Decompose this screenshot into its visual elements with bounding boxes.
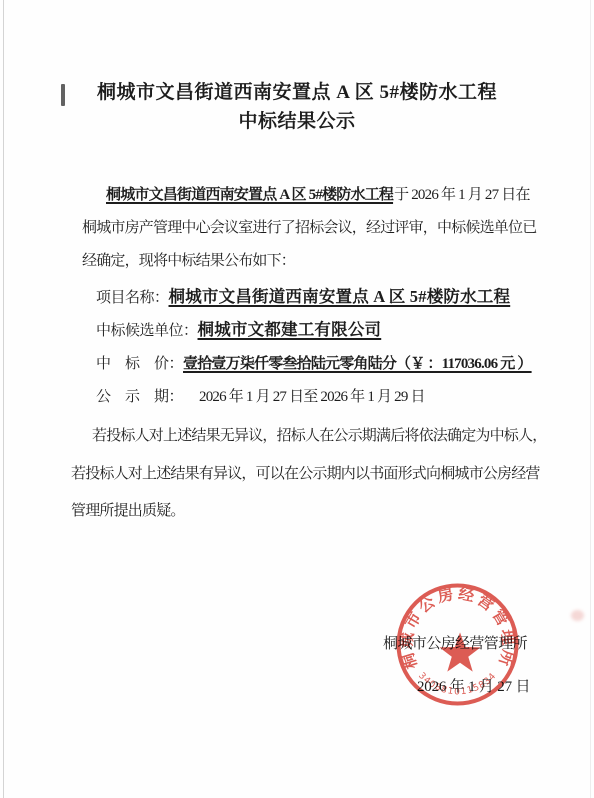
intro-line-3: 经确定，现将中标结果公布如下： <box>82 252 295 270</box>
document-title-line2: 中标结果公示 <box>0 111 594 132</box>
official-red-seal: 桐城市公房经营管理所 3408810115834 <box>394 581 521 708</box>
field-project-name-value: 桐城市文昌街道西南安置点 A 区 5#楼防水工程 <box>169 287 511 306</box>
field-bid-price-label: 中 标 价： <box>96 356 183 372</box>
field-bid-price: 中 标 价：壹拾壹万柒仟零叁拾陆元零角陆分（￥ ：117036.06 元 ） <box>96 355 532 373</box>
field-project-name: 项目名称：桐城市文昌街道西南安置点 A 区 5#楼防水工程 <box>96 288 510 307</box>
field-winning-candidate-value: 桐城市文都建工有限公司 <box>198 320 382 339</box>
closing-line-3: 管理所提出质疑。 <box>71 502 185 520</box>
field-publicity-period-value: 2026 年 1 月 27 日至 2026 年 1 月 29 日 <box>183 389 425 405</box>
field-publicity-period: 公 示 期：2026 年 1 月 27 日至 2026 年 1 月 29 日 <box>96 388 425 406</box>
intro-line1-rest: 于 2026 年 1 月 27 日在 <box>393 187 530 203</box>
intro-line-1: 桐城市文昌街道西南安置点 A 区 5#楼防水工程于 2026 年 1 月 27 … <box>82 186 530 204</box>
field-winning-candidate-label: 中标候选单位： <box>96 323 198 339</box>
seal-serial-number: 3408810115834 <box>416 671 499 697</box>
field-winning-candidate: 中标候选单位：桐城市文都建工有限公司 <box>96 321 381 340</box>
field-project-name-label: 项目名称： <box>96 290 169 306</box>
scanned-announcement-page: 桐城市文昌街道西南安置点 A 区 5#楼防水工程 中标结果公示 桐城市文昌街道西… <box>0 0 594 798</box>
seal-star-icon <box>439 632 480 671</box>
closing-line-2: 若投标人对上述结果有异议，可以在公示期内以书面形式向桐城市公房经营 <box>71 465 540 483</box>
seal-ink-smudge <box>571 610 584 621</box>
field-publicity-period-label: 公 示 期： <box>96 389 183 405</box>
field-bid-price-value: 壹拾壹万柒仟零叁拾陆元零角陆分（￥ ：117036.06 元 ） <box>183 356 532 372</box>
intro-project-name-bold: 桐城市文昌街道西南安置点 A 区 5#楼防水工程 <box>106 187 393 203</box>
intro-line-2: 桐城市房产管理中心会议室进行了招标会议，经过评审，中标候选单位已 <box>82 219 536 237</box>
document-title-line1: 桐城市文昌街道西南安置点 A 区 5#楼防水工程 <box>0 82 594 103</box>
closing-line-1: 若投标人对上述结果无异议，招标人在公示期满后将依法确定为中标人， <box>71 427 546 445</box>
